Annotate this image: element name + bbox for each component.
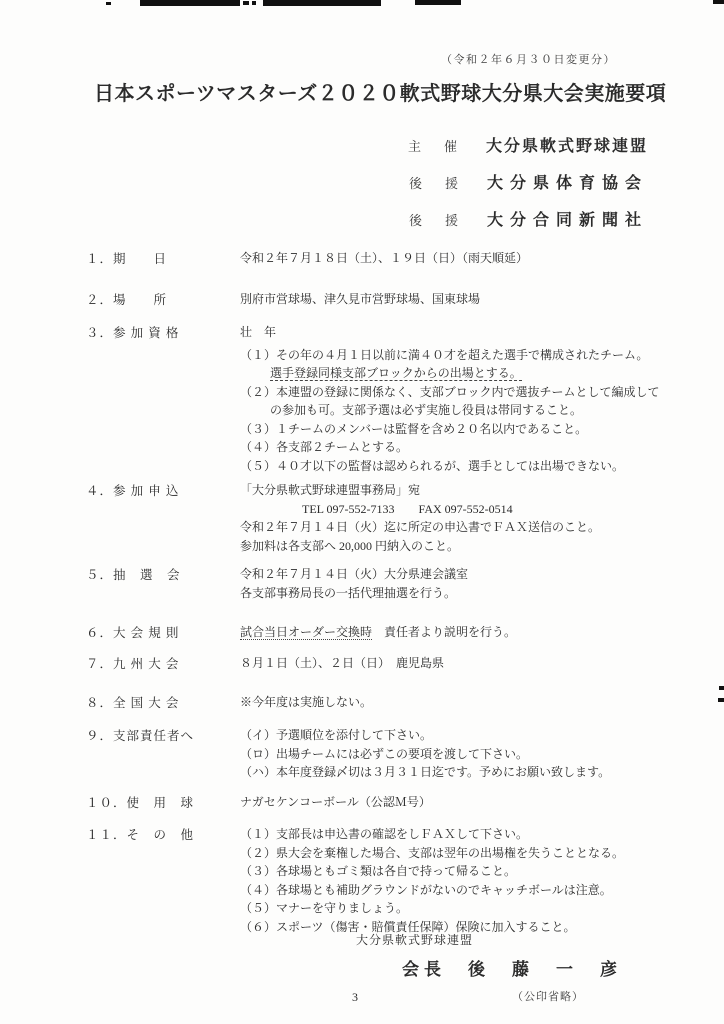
eligibility-item: （５）４０才以下の監督は認められるが、選手としては出場できない。 [240,457,676,476]
section-national-tournament: ８．全 国 大 会 ※今年度は実施しない。 [86,693,676,712]
footer-organization: 大分県軟式野球連盟 [356,931,473,948]
section-others: １１．そ の 他 （１）支部長は申込書の確認をしＦＡＸして下さい。 （２）県大会… [86,825,676,936]
section-label: ８．全 国 大 会 [86,693,240,712]
underlined-text: 試合当日オーダー交換時 [240,625,372,640]
application-phone-fax: TEL 097-552-7133 FAX 097-552-0514 [302,500,676,519]
sponsor-role: 後 援 [409,210,463,229]
sponsor-role: 主 催 [408,136,462,155]
sponsor-name: 大分県体育協会 [487,170,648,193]
section-date: １．期 日 令和２年７月１８日（土）、１９日（日）（雨天順延） [86,249,676,268]
eligibility-item: （３）１チームのメンバーは監督を含め２０名以内であること。 [240,420,676,439]
section-kyushu-tournament: ７．九 州 大 会 ８月１日（土）、２日（日） 鹿児島県 [86,654,676,673]
footer-signature: 会長 後 藤 一 彦 [402,955,622,980]
section-label: ７．九 州 大 会 [86,654,240,673]
eligibility-item-continued: の参加も可。支部予選は必ず実施し役員は帯同すること。 [270,401,676,420]
sponsor-name: 大分合同新聞社 [487,207,648,230]
section-label: １１．そ の 他 [86,825,240,936]
section-lottery: ５．抽 選 会 令和２年７月１４日（火）大分県連会議室 各支部事務局長の一括代理… [86,565,676,602]
section-eligibility: ３．参 加 資 格 壮 年 （１）その年の４月１日以前に満４０才を超えた選手で構… [86,323,676,475]
other-note: （３）各球場ともゴミ類は各自で持って帰ること。 [240,862,676,881]
section-branch-managers: ９．支部責任者へ （イ）予選順位を添付して下さい。 （ロ）出場チームには必ずこの… [86,726,676,782]
eligibility-category: 壮 年 [240,323,676,342]
eligibility-item-continued: 選手登録同様支部ブロックからの出場とする。 [270,364,676,383]
section-label: １．期 日 [86,249,240,268]
section-rules: ６．大 会 規 則 試合当日オーダー交換時 責任者より説明を行う。 [86,623,676,642]
section-label: ２．場 所 [86,290,240,309]
section-label: ５．抽 選 会 [86,565,240,602]
section-label: ９．支部責任者へ [86,726,240,782]
sponsor-role: 後 援 [409,173,463,192]
section-official-ball: １０．使 用 球 ナガセケンコーボール（公認Ｍ号） [86,793,676,812]
eligibility-item: （４）各支部２チームとする。 [240,438,676,457]
section-application: ４．参 加 申 込 「大分県軟式野球連盟事務局」宛 TEL 097-552-71… [86,481,676,555]
sponsor-line-support-2: 後 援 大分合同新聞社 [409,207,648,230]
rules-text: 試合当日オーダー交換時 責任者より説明を行う。 [240,623,676,642]
section-place: ２．場 所 別府市営球場、津久見市営野球場、国東球場 [86,290,676,309]
scanned-document-page: （令和２年６月３０日変更分） 日本スポーツマスターズ２０２０軟式野球大分県大会実… [0,0,724,1024]
section-text: 令和２年７月１８日（土）、１９日（日）（雨天順延） [240,249,676,268]
eligibility-item: （２）本連盟の登録に関係なく、支部ブロック内で選抜チームとして編成して [240,383,676,402]
application-deadline: 令和２年７月１４日（火）迄に所定の申込書でＦＡＸ送信のこと。 [240,518,676,537]
other-note: （２）県大会を棄権した場合、支部は翌年の出場権を失うこととなる。 [240,844,676,863]
section-text: ※今年度は実施しない。 [240,693,676,712]
revision-note: （令和２年６月３０日変更分） [441,51,656,67]
footer-seal-note: （公印省略） [512,988,584,1004]
rules-text-rest: 責任者より説明を行う。 [372,625,516,639]
section-text: 別府市営球場、津久見市営野球場、国東球場 [240,290,676,309]
document-content: （令和２年６月３０日変更分） 日本スポーツマスターズ２０２０軟式野球大分県大会実… [0,0,724,1024]
sponsor-name: 大分県軟式野球連盟 [486,133,648,156]
sponsor-line-host: 主 催 大分県軟式野球連盟 [408,133,648,156]
application-fee: 参加料は各支部へ 20,000 円納入のこと。 [240,537,676,556]
section-label: ６．大 会 規 則 [86,623,240,642]
document-title: 日本スポーツマスターズ２０２０軟式野球大分県大会実施要項 [94,77,654,106]
underlined-text: 選手登録同様支部ブロックからの出場とする。 [270,366,522,381]
lottery-date-place: 令和２年７月１４日（火）大分県連会議室 [240,565,676,584]
branch-note: （ハ）本年度登録〆切は３月３１日迄です。予めにお願い致します。 [240,763,676,782]
page-number: 3 [352,990,358,1005]
other-note: （４）各球場とも補助グラウンドがないのでキャッチボールは注意。 [240,881,676,900]
eligibility-item: （１）その年の４月１日以前に満４０才を超えた選手で構成されたチーム。 [240,346,676,365]
lottery-method: 各支部事務局長の一括代理抽選を行う。 [240,584,676,603]
other-note: （１）支部長は申込書の確認をしＦＡＸして下さい。 [240,825,676,844]
branch-note: （ロ）出場チームには必ずこの要項を渡して下さい。 [240,745,676,764]
branch-note: （イ）予選順位を添付して下さい。 [240,726,676,745]
section-label: １０．使 用 球 [86,793,240,812]
section-text: ８月１日（土）、２日（日） 鹿児島県 [240,654,676,673]
sponsor-line-support-1: 後 援 大分県体育協会 [409,170,648,193]
section-label: ４．参 加 申 込 [86,481,240,555]
section-label: ３．参 加 資 格 [86,323,240,475]
application-address: 「大分県軟式野球連盟事務局」宛 [240,481,676,500]
section-text: ナガセケンコーボール（公認Ｍ号） [240,793,676,812]
other-note: （５）マナーを守りましょう。 [240,899,676,918]
